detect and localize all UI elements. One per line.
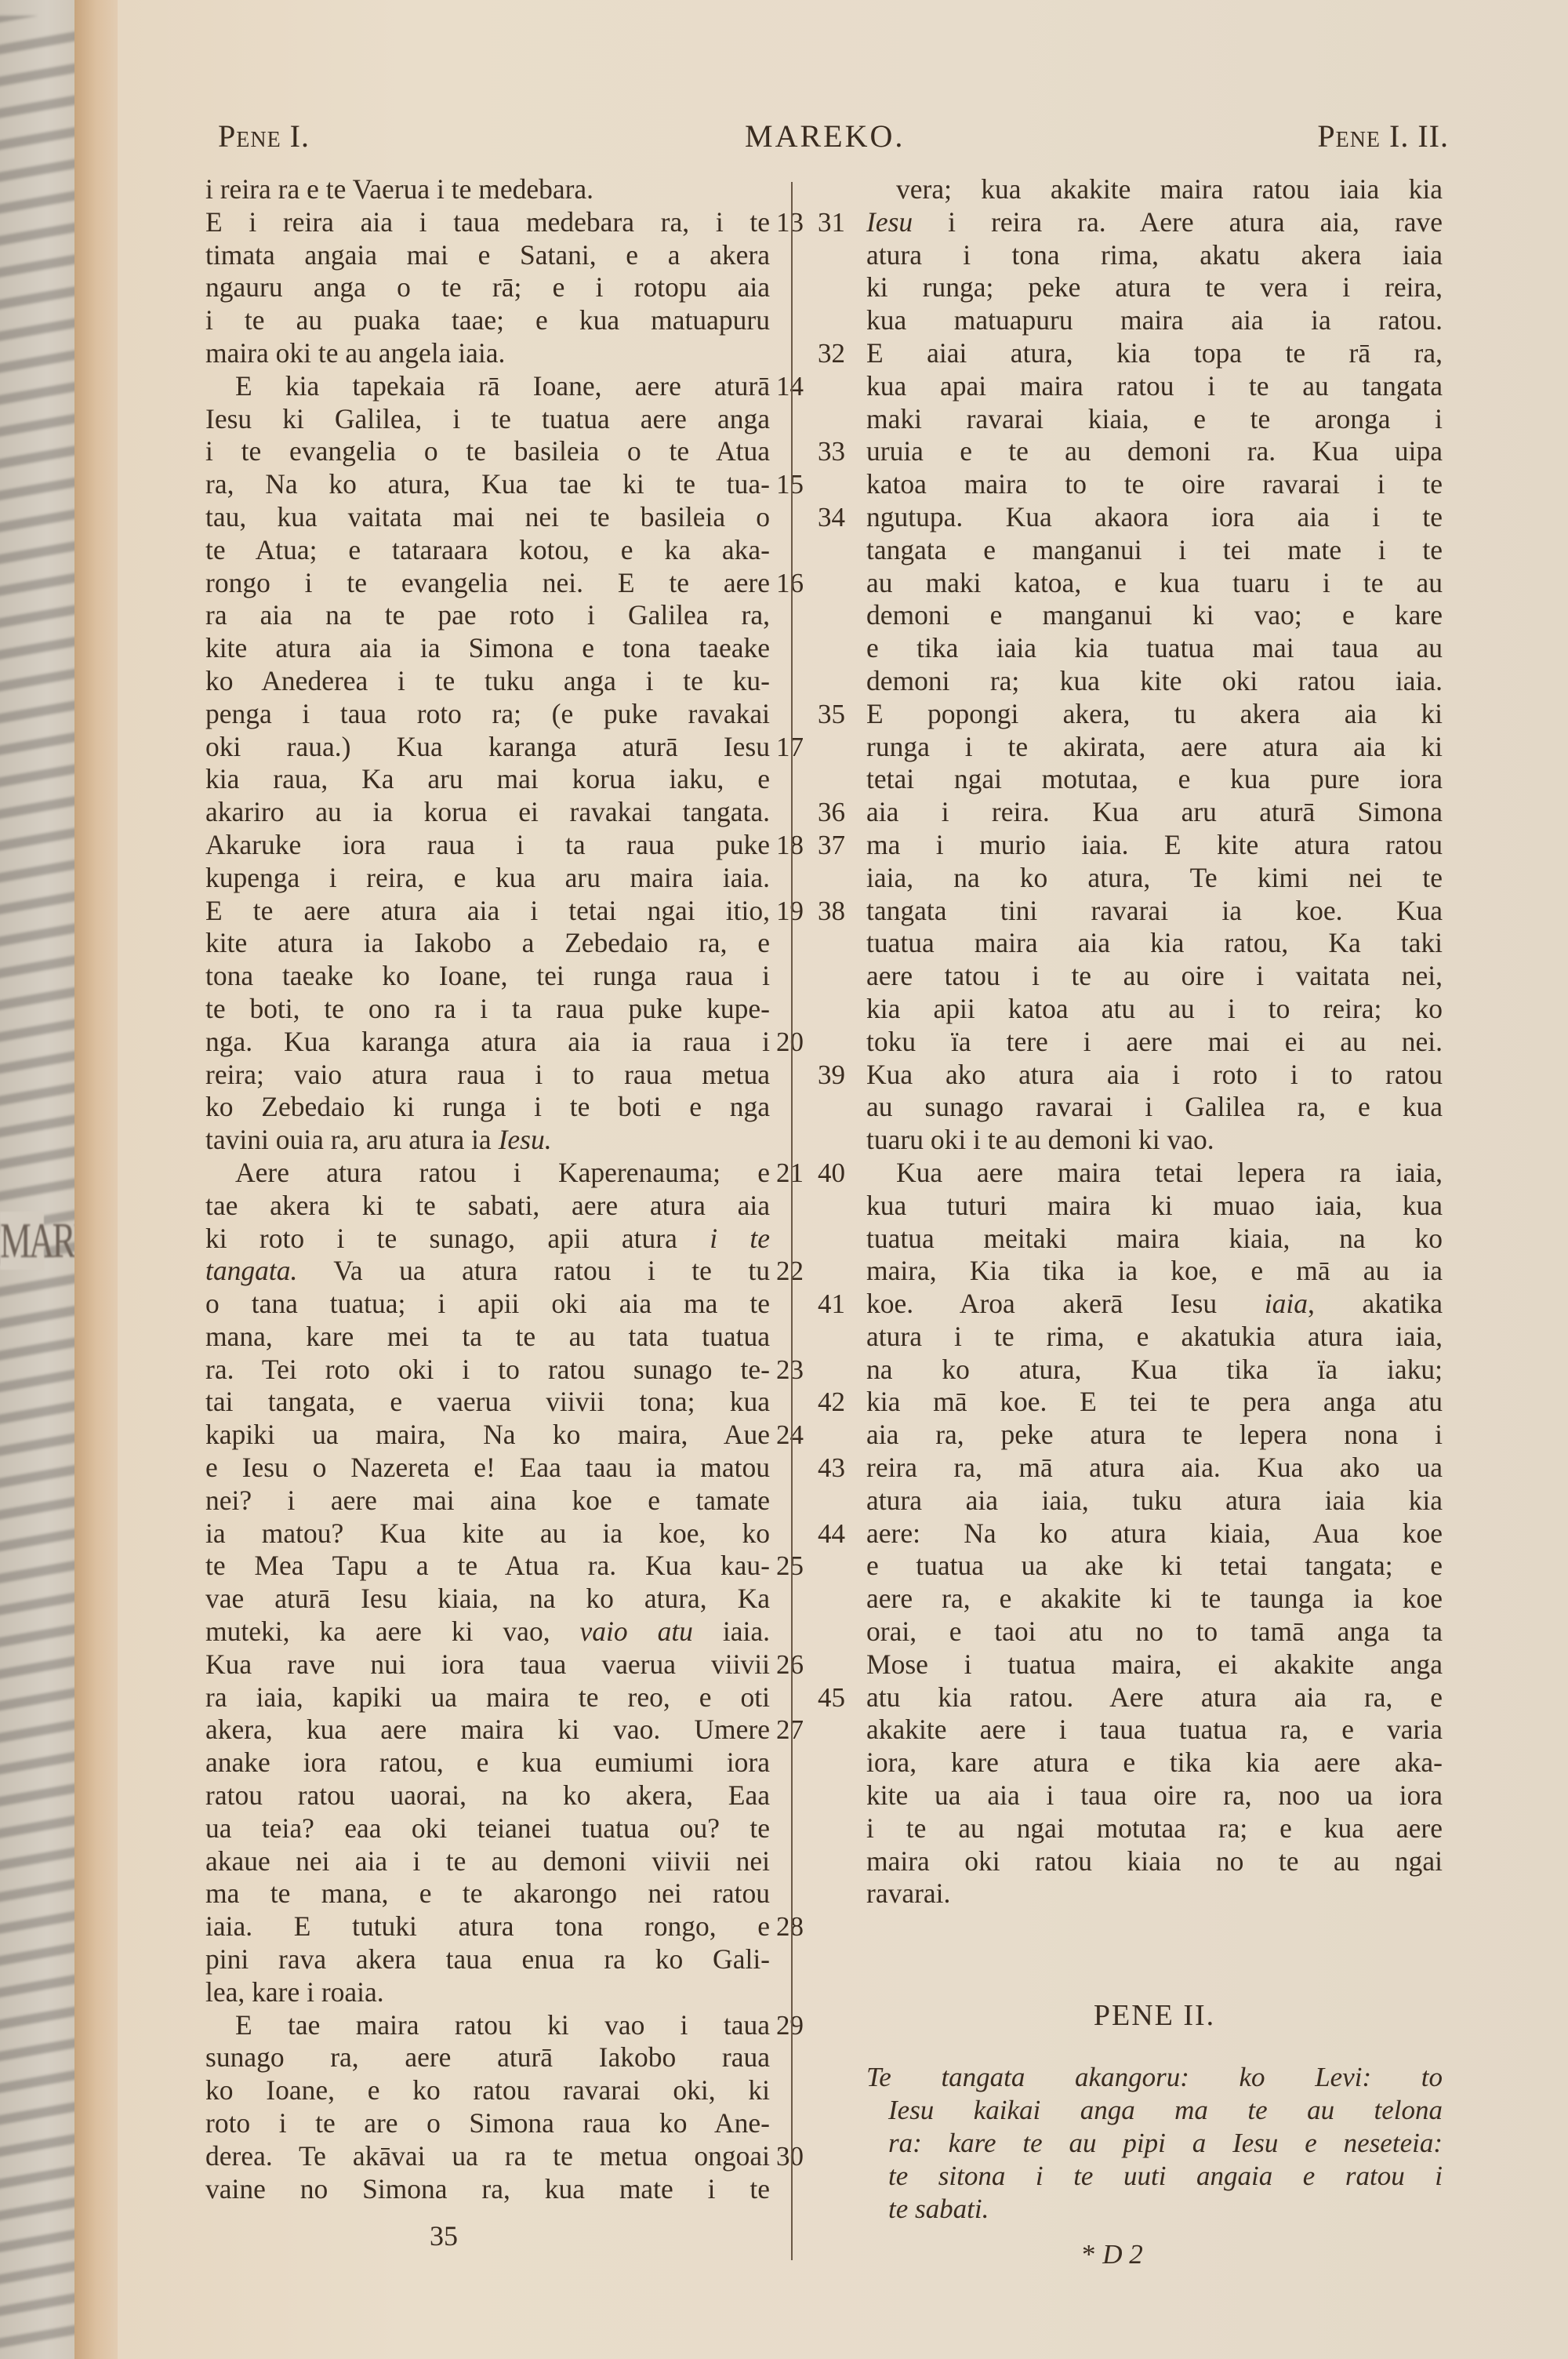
line-text: aia ra, peke atura te lepera nona i bbox=[866, 1419, 1443, 1452]
line-text: ma i murio iaia. E kite atura ratou bbox=[866, 829, 1443, 862]
line-text: ki runga; peke atura te vera i reira, bbox=[866, 271, 1443, 304]
line-text: tangata tini ravarai ia koe. Kua bbox=[866, 895, 1443, 928]
line-text: maira, Kia tika ia koe, e mā au ia bbox=[866, 1255, 1443, 1288]
text-line: E tae maira ratou ki vao i taua29 bbox=[205, 2009, 770, 2042]
verse-number: 35 bbox=[818, 698, 858, 731]
text-line: te boti, te ono ra i ta raua puke kupe- bbox=[205, 993, 770, 1026]
line-text: te Mea Tapu a te Atua ra. Kua kau- bbox=[205, 1550, 770, 1583]
line-text: e Iesu o Nazereta e! Eaa taau ia matou bbox=[205, 1452, 770, 1485]
line-text: akariro au ia korua ei ravakai tangata. bbox=[205, 796, 770, 829]
line-text: ko Ioane, e ko ratou ravarai oki, ki bbox=[205, 2074, 770, 2107]
line-text: timata angaia mai e Satani, e a akera bbox=[205, 239, 770, 272]
text-line: e tika iaia kia tuatua mai taua au bbox=[866, 632, 1443, 665]
text-line: ra. Tei roto oki i to ratou sunago te-23 bbox=[205, 1354, 770, 1387]
line-text: tavini ouia ra, aru atura ia Iesu. bbox=[205, 1124, 770, 1157]
italic-text: Iesu. bbox=[499, 1124, 552, 1155]
text-line: timata angaia mai e Satani, e a akera bbox=[205, 239, 770, 272]
text-line: te Atua; e tataraara kotou, e ka aka- bbox=[205, 534, 770, 567]
line-text: demoni e manganui ki vao; e kare bbox=[866, 599, 1443, 632]
text-line: demoni ra; kua kite oki ratou iaia. bbox=[866, 665, 1443, 698]
line-text: kua matuapuru maira aia ia ratou. bbox=[866, 304, 1443, 337]
line-text: kupenga i reira, e kua aru maira iaia. bbox=[205, 862, 770, 895]
italic-text: iaia bbox=[1265, 1288, 1308, 1319]
verse-number: 31 bbox=[818, 206, 858, 239]
left-column-text: i reira ra e te Vaerua i te medebara.E i… bbox=[205, 173, 770, 2205]
verse-number: 16 bbox=[776, 567, 804, 600]
adjacent-page-text bbox=[0, 16, 78, 2353]
line-text: E i reira aia i taua medebara ra, i te bbox=[205, 206, 770, 239]
text-line: akariro au ia korua ei ravakai tangata. bbox=[205, 796, 770, 829]
line-text: kua apai maira ratou i te au tangata bbox=[866, 370, 1443, 403]
text-line: ko Zebedaio ki runga i te boti e nga bbox=[205, 1091, 770, 1124]
line-text: kite atura aia ia Simona e tona taeake bbox=[205, 632, 770, 665]
text-line: reira; vaio atura raua i to raua metua bbox=[205, 1059, 770, 1092]
line-text: ngutupa. Kua akaora iora aia i te bbox=[866, 501, 1443, 534]
text-line: oki raua.) Kua karanga aturā Iesu17 bbox=[205, 731, 770, 764]
verse-number: 44 bbox=[818, 1518, 858, 1550]
verse-number: 28 bbox=[776, 1910, 804, 1943]
text-line: vae aturā Iesu kiaia, na ko atura, Ka bbox=[205, 1583, 770, 1616]
line-text: kite atura ia Iakobo a Zebedaio ra, e bbox=[205, 927, 770, 960]
summary-line: te sitona i te uuti angaia e ratou i bbox=[866, 2160, 1443, 2193]
running-head-title: MAREKO. bbox=[745, 118, 905, 154]
text-line: ua teia? eaa oki teianei tuatua ou? te bbox=[205, 1812, 770, 1845]
line-text: tau, kua vaitata mai nei te basileia o bbox=[205, 501, 770, 534]
line-text: ra, Na ko atura, Kua tae ki te tua- bbox=[205, 468, 770, 501]
line-text: te boti, te ono ra i ta raua puke kupe- bbox=[205, 993, 770, 1026]
line-text: ravarai. bbox=[866, 1877, 1443, 1910]
text-line: maira oki ratou kiaia no te au ngai bbox=[866, 1845, 1443, 1878]
text-line: aia i reira. Kua aru aturā Simona36 bbox=[866, 796, 1443, 829]
line-text: na ko atura, Kua tika ïa iaku; bbox=[866, 1354, 1443, 1387]
text-line: aia ra, peke atura te lepera nona i bbox=[866, 1419, 1443, 1452]
text-line: ki roto i te sunago, apii atura i te bbox=[205, 1223, 770, 1256]
line-text: akakite aere i taua tuatua ra, e varia bbox=[866, 1714, 1443, 1747]
text-line: iaia, na ko atura, Te kimi nei te bbox=[866, 862, 1443, 895]
text-line: nei? i aere mai aina koe e tamate bbox=[205, 1485, 770, 1518]
line-text: vera; kua akakite maira ratou iaia kia bbox=[896, 173, 1443, 206]
text-line: akakite aere i taua tuatua ra, e varia bbox=[866, 1714, 1443, 1747]
text-line: kua tuturi maira ki muao iaia, kua bbox=[866, 1190, 1443, 1223]
text-line: roto i te are o Simona raua ko Ane- bbox=[205, 2107, 770, 2140]
verse-number: 24 bbox=[776, 1419, 804, 1452]
line-text: oki raua.) Kua karanga aturā Iesu bbox=[205, 731, 770, 764]
line-text: ia matou? Kua kite au ia koe, ko bbox=[205, 1518, 770, 1550]
text-line: muteki, ka aere ki vao, vaio atu iaia. bbox=[205, 1616, 770, 1648]
line-text: E tae maira ratou ki vao i taua bbox=[235, 2009, 770, 2042]
line-text: E aiai atura, kia topa te rā ra, bbox=[866, 337, 1443, 370]
text-line: maira, Kia tika ia koe, e mā au ia bbox=[866, 1255, 1443, 1288]
verse-number: 25 bbox=[776, 1550, 804, 1583]
line-text: tona taeake ko Ioane, tei runga raua i bbox=[205, 960, 770, 993]
verse-number: 39 bbox=[818, 1059, 858, 1092]
text-line: kia raua, Ka aru mai korua iaku, e bbox=[205, 763, 770, 796]
line-text: te Atua; e tataraara kotou, e ka aka- bbox=[205, 534, 770, 567]
verse-number: 41 bbox=[818, 1288, 858, 1321]
text-line: kia mā koe. E tei te pera anga atu42 bbox=[866, 1386, 1443, 1419]
text-line: Aere atura ratou i Kaperenauma; e21 bbox=[205, 1157, 770, 1190]
text-line: atura i tona rima, akatu akera iaia bbox=[866, 239, 1443, 272]
column-divider-rule bbox=[791, 182, 793, 2260]
text-line: e tuatua ua ake ki tetai tangata; e bbox=[866, 1550, 1443, 1583]
line-text: mana, kare mei ta te au tata tuatua bbox=[205, 1321, 770, 1354]
text-line: tae akera ki te sabati, aere atura aia bbox=[205, 1190, 770, 1223]
text-line: demoni e manganui ki vao; e kare bbox=[866, 599, 1443, 632]
line-text: penga i taua roto ra; (e puke ravakai bbox=[205, 698, 770, 731]
italic-text: vaio atu bbox=[580, 1616, 693, 1647]
line-text: aere: Na ko atura kiaia, Aua koe bbox=[866, 1518, 1443, 1550]
text-line: ratou ratou uaorai, na ko akera, Eaa bbox=[205, 1779, 770, 1812]
text-line: kupenga i reira, e kua aru maira iaia. bbox=[205, 862, 770, 895]
line-text: kia raua, Ka aru mai korua iaku, e bbox=[205, 763, 770, 796]
text-line: atu kia ratou. Aere atura aia ra, e45 bbox=[866, 1681, 1443, 1714]
line-text: iora, kare atura e tika kia aere aka- bbox=[866, 1747, 1443, 1779]
line-text: kua tuturi maira ki muao iaia, kua bbox=[866, 1190, 1443, 1223]
verse-number: 34 bbox=[818, 501, 858, 534]
verse-number: 29 bbox=[776, 2009, 804, 2042]
text-line: iora, kare atura e tika kia aere aka- bbox=[866, 1747, 1443, 1779]
line-text: Kua rave nui iora taua vaerua viivii bbox=[205, 1648, 770, 1681]
running-head-left: Pene I. bbox=[218, 118, 310, 154]
line-text: Iesu ki Galilea, i te tuatua aere anga bbox=[205, 403, 770, 436]
verse-number: 21 bbox=[776, 1157, 804, 1190]
line-text: Mose i tuatua maira, ei akakite anga bbox=[866, 1648, 1443, 1681]
line-text: ko Anederea i te tuku anga i te ku- bbox=[205, 665, 770, 698]
line-text: sunago ra, aere aturā Iakobo raua bbox=[205, 2041, 770, 2074]
text-line: mana, kare mei ta te au tata tuatua bbox=[205, 1321, 770, 1354]
summary-line: Te tangata akangoru: ko Levi: to bbox=[866, 2061, 1443, 2094]
text-line: lea, kare i roaia. bbox=[205, 1976, 770, 2009]
verse-number: 37 bbox=[818, 829, 858, 862]
text-line: runga i te akirata, aere atura aia ki bbox=[866, 731, 1443, 764]
text-line: Kua ako atura aia i roto i to ratou39 bbox=[866, 1059, 1443, 1092]
line-text: nga. Kua karanga atura aia ia raua i bbox=[205, 1026, 770, 1059]
verse-number: 22 bbox=[776, 1255, 804, 1288]
verse-number: 15 bbox=[776, 468, 804, 501]
line-text: vae aturā Iesu kiaia, na ko atura, Ka bbox=[205, 1583, 770, 1616]
line-text: nei? i aere mai aina koe e tamate bbox=[205, 1485, 770, 1518]
text-line: tau, kua vaitata mai nei te basileia o bbox=[205, 501, 770, 534]
line-text: e tika iaia kia tuatua mai taua au bbox=[866, 632, 1443, 665]
line-text: aere ra, e akakite ki te taunga ia koe bbox=[866, 1583, 1443, 1616]
line-text: muteki, ka aere ki vao, vaio atu iaia. bbox=[205, 1616, 770, 1648]
line-text: au sunago ravarai i Galilea ra, e kua bbox=[866, 1091, 1443, 1124]
text-line: ngutupa. Kua akaora iora aia i te34 bbox=[866, 501, 1443, 534]
text-line: i te au puaka taae; e kua matuapuru bbox=[205, 304, 770, 337]
text-line: Akaruke iora raua i ta raua puke18 bbox=[205, 829, 770, 862]
text-line: ravarai. bbox=[866, 1877, 1443, 1910]
text-line: Mose i tuatua maira, ei akakite anga bbox=[866, 1648, 1443, 1681]
text-line: ngauru anga o te rā; e i rotopu aia bbox=[205, 271, 770, 304]
line-text: atura i te rima, e akatukia atura iaia, bbox=[866, 1321, 1443, 1354]
line-text: e tuatua ua ake ki tetai tangata; e bbox=[866, 1550, 1443, 1583]
italic-text: tangata. bbox=[205, 1255, 297, 1286]
text-line: atura aia iaia, tuku atura iaia kia bbox=[866, 1485, 1443, 1518]
text-line: kua matuapuru maira aia ia ratou. bbox=[866, 304, 1443, 337]
text-line: tuatua maira aia kia ratou, Ka taki bbox=[866, 927, 1443, 960]
text-line: E aiai atura, kia topa te rā ra,32 bbox=[866, 337, 1443, 370]
text-line: E popongi akera, tu akera aia ki35 bbox=[866, 698, 1443, 731]
line-text: tangata e manganui i tei mate i te bbox=[866, 534, 1443, 567]
running-head: Pene I. MAREKO. Pene I. II. bbox=[218, 118, 1449, 165]
text-line: tona taeake ko Ioane, tei runga raua i bbox=[205, 960, 770, 993]
italic-text: i te bbox=[710, 1223, 770, 1254]
verse-number: 19 bbox=[776, 895, 804, 928]
verse-number: 26 bbox=[776, 1648, 804, 1681]
line-text: tae akera ki te sabati, aere atura aia bbox=[205, 1190, 770, 1223]
line-text: tuaru oki i te au demoni ki vao. bbox=[866, 1124, 1443, 1157]
line-text: ra aia na te pae roto i Galilea ra, bbox=[205, 599, 770, 632]
printer-signature: * D 2 bbox=[1082, 2239, 1143, 2270]
verse-number: 13 bbox=[776, 206, 804, 239]
right-column-text: vera; kua akakite maira ratou iaia kiaIe… bbox=[866, 173, 1443, 1910]
line-text: koe. Aroa akerā Iesu iaia, akatika bbox=[866, 1288, 1443, 1321]
line-text: i te evangelia o te basileia o te Atua bbox=[205, 435, 770, 468]
verse-number: 42 bbox=[818, 1386, 858, 1419]
line-text: i te au ngai motutaa ra; e kua aere bbox=[866, 1812, 1443, 1845]
text-line: kia apii katoa atu au i to reira; ko bbox=[866, 993, 1443, 1026]
text-line: ko Anederea i te tuku anga i te ku- bbox=[205, 665, 770, 698]
text-line: tavini ouia ra, aru atura ia Iesu. bbox=[205, 1124, 770, 1157]
line-text: rongo i te evangelia nei. E te aere bbox=[205, 567, 770, 600]
summary-line: Iesu kaikai anga ma te au telona bbox=[866, 2094, 1443, 2127]
line-text: E popongi akera, tu akera aia ki bbox=[866, 698, 1443, 731]
text-line: Iesu ki Galilea, i te tuatua aere anga bbox=[205, 403, 770, 436]
line-text: roto i te are o Simona raua ko Ane- bbox=[205, 2107, 770, 2140]
text-line: pini rava akera taua enua ra ko Gali- bbox=[205, 1943, 770, 1976]
text-line: kite atura aia ia Simona e tona taeake bbox=[205, 632, 770, 665]
verse-number: 30 bbox=[776, 2140, 804, 2173]
line-text: runga i te akirata, aere atura aia ki bbox=[866, 731, 1443, 764]
text-line: nga. Kua karanga atura aia ia raua i20 bbox=[205, 1026, 770, 1059]
line-text: tuatua maira aia kia ratou, Ka taki bbox=[866, 927, 1443, 960]
text-line: rongo i te evangelia nei. E te aere16 bbox=[205, 567, 770, 600]
text-line: vera; kua akakite maira ratou iaia kia bbox=[866, 173, 1443, 206]
line-text: kapiki ua maira, Na ko maira, Aue bbox=[205, 1419, 770, 1452]
text-line: tangata. Va ua atura ratou i te tu22 bbox=[205, 1255, 770, 1288]
text-line: au sunago ravarai i Galilea ra, e kua bbox=[866, 1091, 1443, 1124]
verse-number: 33 bbox=[818, 435, 858, 468]
line-text: ma te mana, e te akarongo nei ratou bbox=[205, 1877, 770, 1910]
verse-number: 43 bbox=[818, 1452, 858, 1485]
line-text: aere tatou i te au oire i vaitata nei, bbox=[866, 960, 1443, 993]
text-line: kite atura ia Iakobo a Zebedaio ra, e bbox=[205, 927, 770, 960]
line-text: kia apii katoa atu au i to reira; ko bbox=[866, 993, 1443, 1026]
text-line: Kua rave nui iora taua vaerua viivii26 bbox=[205, 1648, 770, 1681]
text-line: tangata e manganui i tei mate i te bbox=[866, 534, 1443, 567]
text-line: koe. Aroa akerā Iesu iaia, akatika41 bbox=[866, 1288, 1443, 1321]
line-text: atura aia iaia, tuku atura iaia kia bbox=[866, 1485, 1443, 1518]
line-text: E te aere atura aia i tetai ngai itio, bbox=[205, 895, 770, 928]
line-text: au maki katoa, e kua tuaru i te au bbox=[866, 567, 1443, 600]
text-line: anake iora ratou, e kua eumiumi iora bbox=[205, 1747, 770, 1779]
asterisk-mark: * bbox=[1082, 2239, 1096, 2270]
text-line: penga i taua roto ra; (e puke ravakai bbox=[205, 698, 770, 731]
line-text: tuatua meitaki maira kiaia, na ko bbox=[866, 1223, 1443, 1256]
text-line: Kua aere maira tetai lepera ra iaia,40 bbox=[866, 1157, 1443, 1190]
chapter-heading: PENE II. bbox=[866, 1998, 1443, 2033]
line-text: vaine no Simona ra, kua mate i te bbox=[205, 2173, 770, 2206]
text-line: ki runga; peke atura te vera i reira, bbox=[866, 271, 1443, 304]
summary-line: ra: kare te au pipi a Iesu e neseteia: bbox=[866, 2127, 1443, 2160]
text-line: aere: Na ko atura kiaia, Aua koe44 bbox=[866, 1518, 1443, 1550]
text-line: o tana tuatua; i apii oki aia ma te bbox=[205, 1288, 770, 1321]
text-line: i te au ngai motutaa ra; e kua aere bbox=[866, 1812, 1443, 1845]
text-line: i reira ra e te Vaerua i te medebara. bbox=[205, 173, 770, 206]
line-text: kia mā koe. E tei te pera anga atu bbox=[866, 1386, 1443, 1419]
text-line: kite ua aia i taua oire ra, noo ua iora bbox=[866, 1779, 1443, 1812]
text-line: aere tatou i te au oire i vaitata nei, bbox=[866, 960, 1443, 993]
line-text: toku ïa tere i aere mai ei au nei. bbox=[866, 1026, 1443, 1059]
text-line: aere ra, e akakite ki te taunga ia koe bbox=[866, 1583, 1443, 1616]
line-text: tangata. Va ua atura ratou i te tu bbox=[205, 1255, 770, 1288]
line-text: pini rava akera taua enua ra ko Gali- bbox=[205, 1943, 770, 1976]
text-line: toku ïa tere i aere mai ei au nei. bbox=[866, 1026, 1443, 1059]
text-line: kapiki ua maira, Na ko maira, Aue24 bbox=[205, 1419, 770, 1452]
text-line: i te evangelia o te basileia o te Atua bbox=[205, 435, 770, 468]
text-line: vaine no Simona ra, kua mate i te bbox=[205, 2173, 770, 2206]
signature-text: D 2 bbox=[1102, 2239, 1143, 2270]
text-line: E kia tapekaia rā Ioane, aere aturā14 bbox=[205, 370, 770, 403]
line-text: i te au puaka taae; e kua matuapuru bbox=[205, 304, 770, 337]
text-line: tuatua meitaki maira kiaia, na ko bbox=[866, 1223, 1443, 1256]
verse-number: 17 bbox=[776, 731, 804, 764]
page-number: 35 bbox=[430, 2219, 458, 2252]
text-line: au maki katoa, e kua tuaru i te au bbox=[866, 567, 1443, 600]
verse-number: 40 bbox=[818, 1157, 858, 1190]
line-text: derea. Te akāvai ua ra te metua ongoai bbox=[205, 2140, 770, 2173]
line-text: atura i tona rima, akatu akera iaia bbox=[866, 239, 1443, 272]
line-text: demoni ra; kua kite oki ratou iaia. bbox=[866, 665, 1443, 698]
line-text: ratou ratou uaorai, na ko akera, Eaa bbox=[205, 1779, 770, 1812]
line-text: aia i reira. Kua aru aturā Simona bbox=[866, 796, 1443, 829]
adjacent-page-title: MAREK bbox=[0, 1212, 44, 1270]
line-text: orai, e taoi atu no to tamā anga ta bbox=[866, 1616, 1443, 1648]
text-line: ra, Na ko atura, Kua tae ki te tua-15 bbox=[205, 468, 770, 501]
text-line: tai tangata, e vaerua viivii tona; kua bbox=[205, 1386, 770, 1419]
verse-number: 27 bbox=[776, 1714, 804, 1747]
line-text: Iesu i reira ra. Aere atura aia, rave bbox=[866, 206, 1443, 239]
text-line: maki ravarai kiaia, e te aronga i bbox=[866, 403, 1443, 436]
line-text: reira; vaio atura raua i to raua metua bbox=[205, 1059, 770, 1092]
text-line: ma i murio iaia. E kite atura ratou37 bbox=[866, 829, 1443, 862]
line-text: ra iaia, kapiki ua maira te reo, e oti bbox=[205, 1681, 770, 1714]
line-text: Akaruke iora raua i ta raua puke bbox=[205, 829, 770, 862]
text-line: tetai ngai motutaa, e kua pure iora bbox=[866, 763, 1443, 796]
text-line: atura i te rima, e akatukia atura iaia, bbox=[866, 1321, 1443, 1354]
text-line: tangata tini ravarai ia koe. Kua38 bbox=[866, 895, 1443, 928]
line-text: Aere atura ratou i Kaperenauma; e bbox=[235, 1157, 770, 1190]
line-text: kite ua aia i taua oire ra, noo ua iora bbox=[866, 1779, 1443, 1812]
text-line: E i reira aia i taua medebara ra, i te13 bbox=[205, 206, 770, 239]
summary-line: te sabati. bbox=[866, 2193, 1443, 2226]
verse-number: 20 bbox=[776, 1026, 804, 1059]
text-line: uruia e te au demoni ra. Kua uipa33 bbox=[866, 435, 1443, 468]
text-line: sunago ra, aere aturā Iakobo raua bbox=[205, 2041, 770, 2074]
text-line: katoa maira to te oire ravarai i te bbox=[866, 468, 1443, 501]
adjacent-page-edge: MAREK bbox=[0, 0, 78, 2359]
line-text: ra. Tei roto oki i to ratou sunago te- bbox=[205, 1354, 770, 1387]
text-line: e Iesu o Nazereta e! Eaa taau ia matou bbox=[205, 1452, 770, 1485]
line-text: akaue nei aia i te au demoni viivii nei bbox=[205, 1845, 770, 1878]
text-line: akera, kua aere maira ki vao. Umere27 bbox=[205, 1714, 770, 1747]
text-line: ko Ioane, e ko ratou ravarai oki, ki bbox=[205, 2074, 770, 2107]
text-line: orai, e taoi atu no to tamā anga ta bbox=[866, 1616, 1443, 1648]
line-text: atu kia ratou. Aere atura aia ra, e bbox=[866, 1681, 1443, 1714]
line-text: katoa maira to te oire ravarai i te bbox=[866, 468, 1443, 501]
verse-number: 45 bbox=[818, 1681, 858, 1714]
line-text: anake iora ratou, e kua eumiumi iora bbox=[205, 1747, 770, 1779]
line-text: maki ravarai kiaia, e te aronga i bbox=[866, 403, 1443, 436]
line-text: ua teia? eaa oki teianei tuatua ou? te bbox=[205, 1812, 770, 1845]
text-line: na ko atura, Kua tika ïa iaku; bbox=[866, 1354, 1443, 1387]
text-line: ra iaia, kapiki ua maira te reo, e oti bbox=[205, 1681, 770, 1714]
line-text: E kia tapekaia rā Ioane, aere aturā bbox=[235, 370, 770, 403]
line-text: iaia. E tutuki atura tona rongo, e bbox=[205, 1910, 770, 1943]
text-line: te Mea Tapu a te Atua ra. Kua kau-25 bbox=[205, 1550, 770, 1583]
text-line: iaia. E tutuki atura tona rongo, e28 bbox=[205, 1910, 770, 1943]
verse-number: 36 bbox=[818, 796, 858, 829]
text-line: maira oki te au angela iaia. bbox=[205, 337, 770, 370]
line-text: Kua ako atura aia i roto i to ratou bbox=[866, 1059, 1443, 1092]
line-text: maira oki te au angela iaia. bbox=[205, 337, 770, 370]
text-line: reira ra, mā atura aia. Kua ako ua43 bbox=[866, 1452, 1443, 1485]
verse-number: 32 bbox=[818, 337, 858, 370]
running-head-right: Pene I. II. bbox=[1317, 118, 1449, 154]
line-text: uruia e te au demoni ra. Kua uipa bbox=[866, 435, 1443, 468]
line-text: ki roto i te sunago, apii atura i te bbox=[205, 1223, 770, 1256]
line-text: tai tangata, e vaerua viivii tona; kua bbox=[205, 1386, 770, 1419]
verse-number: 38 bbox=[818, 895, 858, 928]
line-text: iaia, na ko atura, Te kimi nei te bbox=[866, 862, 1443, 895]
verse-number: 23 bbox=[776, 1354, 804, 1387]
line-text: ko Zebedaio ki runga i te boti e nga bbox=[205, 1091, 770, 1124]
italic-text: Iesu bbox=[866, 206, 913, 238]
text-line: ia matou? Kua kite au ia koe, ko bbox=[205, 1518, 770, 1550]
text-line: ma te mana, e te akarongo nei ratou bbox=[205, 1877, 770, 1910]
line-text: reira ra, mā atura aia. Kua ako ua bbox=[866, 1452, 1443, 1485]
line-text: tetai ngai motutaa, e kua pure iora bbox=[866, 763, 1443, 796]
text-line: Iesu i reira ra. Aere atura aia, rave31 bbox=[866, 206, 1443, 239]
line-text: Kua aere maira tetai lepera ra iaia, bbox=[896, 1157, 1443, 1190]
verse-number: 18 bbox=[776, 829, 804, 862]
text-line: kua apai maira ratou i te au tangata bbox=[866, 370, 1443, 403]
line-text: i reira ra e te Vaerua i te medebara. bbox=[205, 173, 770, 206]
text-line: ra aia na te pae roto i Galilea ra, bbox=[205, 599, 770, 632]
line-text: maira oki ratou kiaia no te au ngai bbox=[866, 1845, 1443, 1878]
line-text: ngauru anga o te rā; e i rotopu aia bbox=[205, 271, 770, 304]
line-text: akera, kua aere maira ki vao. Umere bbox=[205, 1714, 770, 1747]
verse-number: 14 bbox=[776, 370, 804, 403]
line-text: o tana tuatua; i apii oki aia ma te bbox=[205, 1288, 770, 1321]
text-line: tuaru oki i te au demoni ki vao. bbox=[866, 1124, 1443, 1157]
text-line: akaue nei aia i te au demoni viivii nei bbox=[205, 1845, 770, 1878]
chapter-summary: Te tangata akangoru: ko Levi: toIesu kai… bbox=[866, 2061, 1443, 2226]
text-line: derea. Te akāvai ua ra te metua ongoai30 bbox=[205, 2140, 770, 2173]
line-text: lea, kare i roaia. bbox=[205, 1976, 770, 2009]
text-line: E te aere atura aia i tetai ngai itio,19 bbox=[205, 895, 770, 928]
